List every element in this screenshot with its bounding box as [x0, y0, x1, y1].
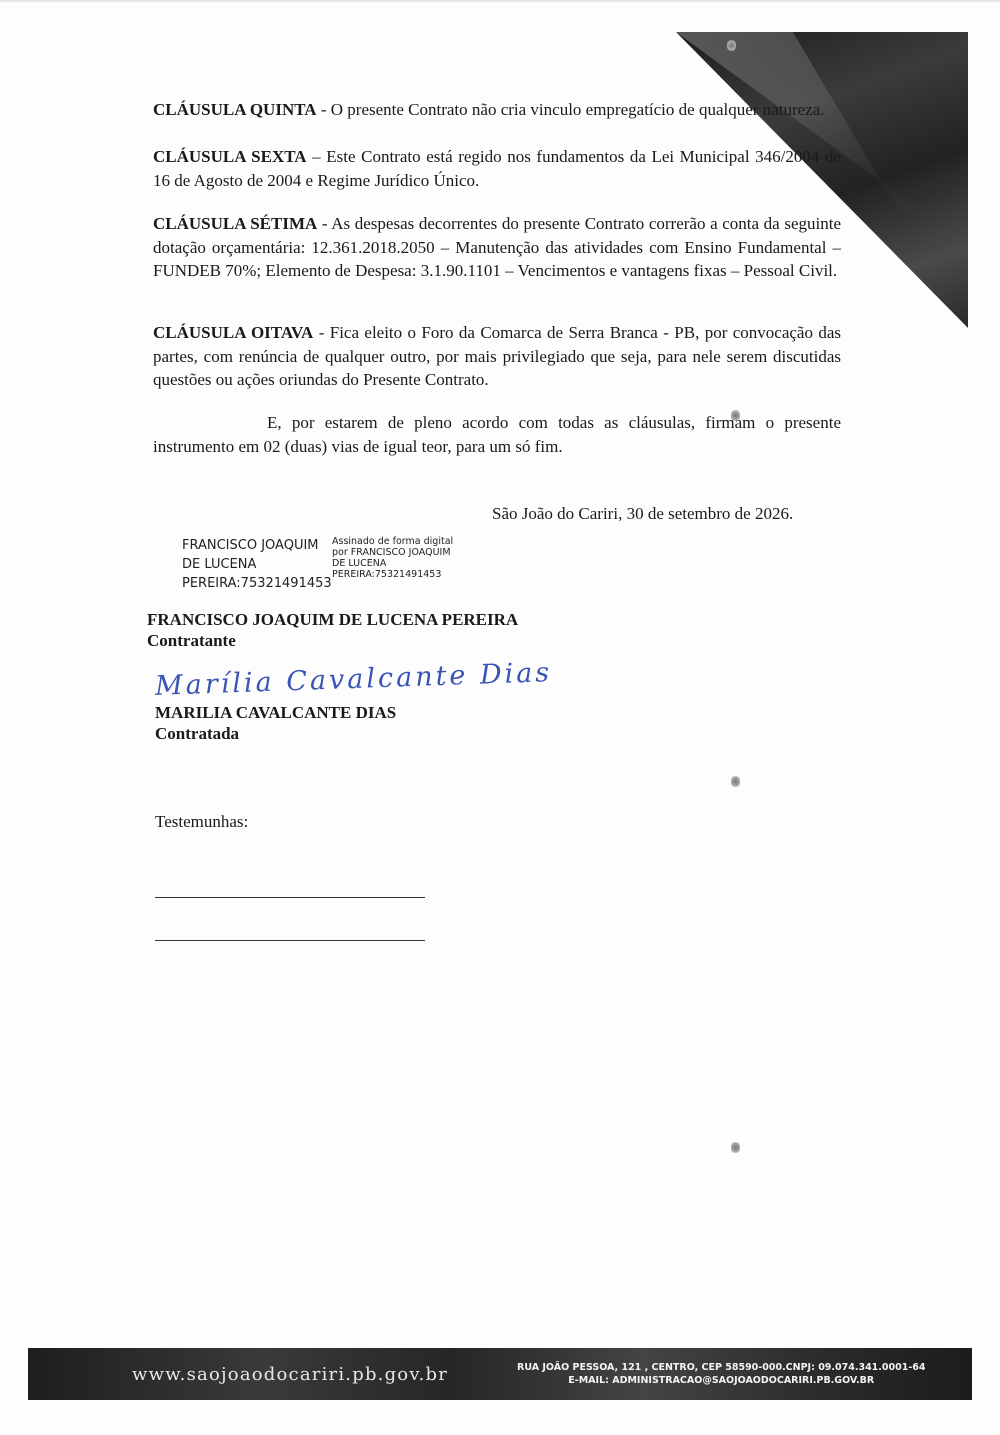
- footer-website: www.saojoaodocariri.pb.gov.br: [132, 1364, 462, 1385]
- clause-text: O presente Contrato não cria vinculo emp…: [331, 100, 825, 119]
- date-line: São João do Cariri, 30 de setembro de 20…: [492, 504, 793, 524]
- footer-email: E-MAIL: ADMINISTRACAO@SAOJOAODOCARIRI.PB…: [517, 1374, 926, 1387]
- footer-banner: www.saojoaodocariri.pb.gov.br RUA JOÃO P…: [28, 1348, 972, 1400]
- witness-signature-line-2: [155, 940, 425, 941]
- scan-speck: [727, 40, 736, 51]
- digital-signature-name: FRANCISCO JOAQUIM DE LUCENA PEREIRA:7532…: [182, 536, 332, 593]
- contratante-role: Contratante: [147, 630, 518, 651]
- page-edge: [0, 0, 1000, 2]
- scan-speck: [731, 776, 740, 787]
- contratante-block: FRANCISCO JOAQUIM DE LUCENA PEREIRA Cont…: [147, 609, 518, 651]
- scan-speck: [731, 1142, 740, 1153]
- witnesses-label: Testemunhas:: [155, 812, 248, 832]
- clause-quinta: CLÁUSULA QUINTA - O presente Contrato nã…: [153, 98, 841, 122]
- footer-address: RUA JOÃO PESSOA, 121 , CENTRO, CEP 58590…: [517, 1361, 926, 1374]
- contratante-name: FRANCISCO JOAQUIM DE LUCENA PEREIRA: [147, 609, 518, 630]
- clause-title: CLÁUSULA SEXTA: [153, 147, 307, 166]
- contratada-name: MARILIA CAVALCANTE DIAS: [155, 702, 396, 723]
- clause-title: CLÁUSULA QUINTA: [153, 100, 317, 119]
- witness-signature-line-1: [155, 897, 425, 898]
- clause-title: CLÁUSULA SÉTIMA: [153, 214, 317, 233]
- digital-signature: FRANCISCO JOAQUIM DE LUCENA PEREIRA:7532…: [182, 536, 453, 593]
- clause-title: CLÁUSULA OITAVA: [153, 323, 313, 342]
- scan-speck: [731, 410, 740, 421]
- digital-signature-note: Assinado de forma digital por FRANCISCO …: [332, 536, 453, 593]
- footer-contact: RUA JOÃO PESSOA, 121 , CENTRO, CEP 58590…: [517, 1361, 926, 1387]
- contratada-block: MARILIA CAVALCANTE DIAS Contratada: [155, 702, 396, 744]
- contratada-role: Contratada: [155, 723, 396, 744]
- clause-oitava: CLÁUSULA OITAVA - Fica eleito o Foro da …: [153, 321, 841, 392]
- clause-setima: CLÁUSULA SÉTIMA - As despesas decorrente…: [153, 212, 841, 283]
- clause-sexta: CLÁUSULA SEXTA – Este Contrato está regi…: [153, 145, 841, 192]
- handwritten-signature: Marília Cavalcante Dias: [155, 657, 553, 702]
